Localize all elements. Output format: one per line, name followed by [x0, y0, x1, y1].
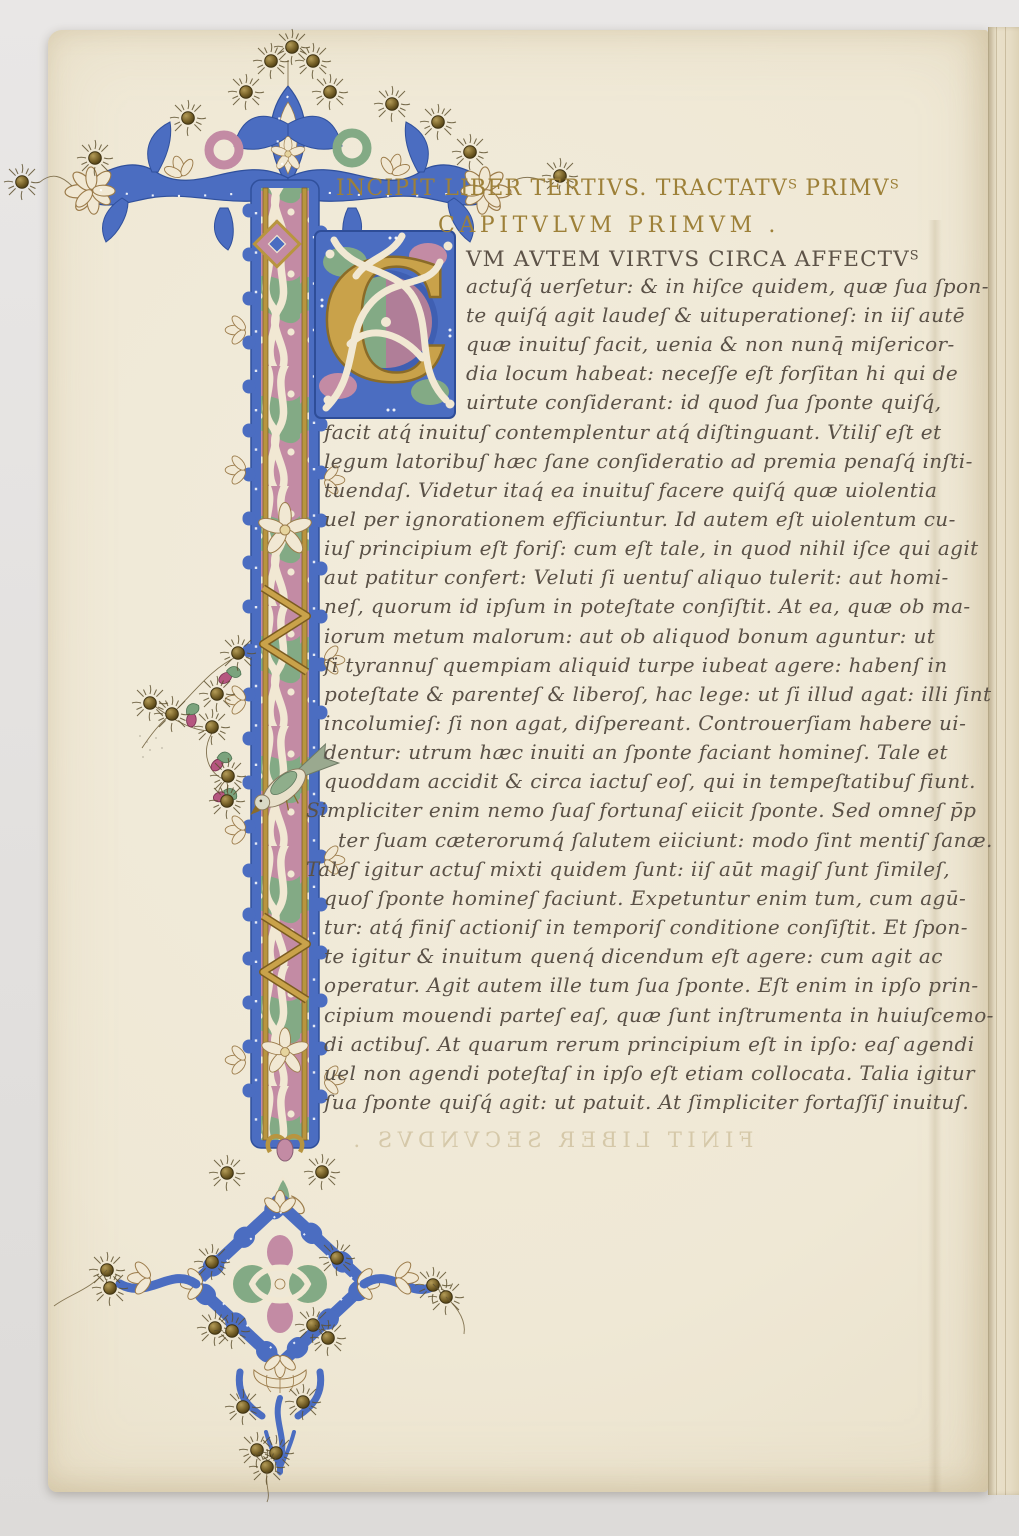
body-line: uel non agendi poteſtaſ in ipſo eſt etia…	[324, 1061, 975, 1085]
body-line: Taleſ igitur actuſ mixti quidem ſunt: ii…	[306, 857, 950, 881]
body-line: quoſ ſponte homineſ faciunt. Expetuntur …	[324, 886, 966, 910]
body-line: quæ inuituſ facit, uenia & non nunq̄ miſ…	[466, 332, 955, 356]
body-line: uirtute conſiderant: id quod ſua ſponte …	[466, 390, 941, 414]
body-line: ſi tyrannuſ quempiam aliquid turpe iubea…	[324, 653, 948, 677]
body-line: Simpliciter enim nemo ſuaſ fortunaſ eiic…	[306, 798, 976, 822]
body-line: dentur: utrum hæc inuiti an ſponte facia…	[324, 740, 948, 764]
chapter-heading: CAPITVLVM PRIMVM .	[438, 213, 780, 238]
body-line: poteſtate & parenteſ & liberoſ, hac lege…	[324, 682, 991, 706]
page-edge-line	[1005, 27, 1006, 1495]
body-line: ter ſuam cæterorumq́ ſalutem eiiciunt: m…	[338, 828, 993, 852]
facing-page-edge	[988, 27, 1019, 1495]
body-line: uel per ignorationem efficiuntur. Id aut…	[324, 507, 956, 531]
body-line: te igitur & inuitum quenq́ dicendum eſt …	[324, 944, 943, 968]
body-line: incolumieſ: ſi non agat, diſpereant. Con…	[324, 711, 966, 735]
body-line: te quiſq́ agit laudeſ & uituperationeſ: …	[466, 303, 965, 327]
body-line: operatur. Agit autem ille tum ſua ſponte…	[324, 973, 979, 997]
first-line-capitals: VM AVTEM VIRTVS CIRCA AFFECTVS	[466, 247, 919, 272]
body-line: tur: atq́ finiſ actioniſ in temporiſ con…	[324, 915, 968, 939]
body-line: di actibuſ. At quarum rerum principium e…	[324, 1032, 975, 1056]
page-edge-line	[996, 27, 997, 1495]
body-line: iuſ principium eſt foriſ: cum eſt tale, …	[324, 536, 979, 560]
body-line: ſua ſponte quiſq́ agit: ut patuit. At ſi…	[324, 1090, 969, 1114]
manuscript-photograph: C	[0, 0, 1019, 1536]
body-line: quoddam accidit & circa iactuſ eoſ, qui …	[324, 769, 976, 793]
body-line: actuſq́ uerſetur: & in hiſce quidem, quæ…	[466, 274, 989, 298]
incipit-heading: INCIPIT LIBER TERTIVS. TRACTATVS PRIMVS	[336, 176, 899, 201]
body-line: tuendaſ. Videtur itaq́ ea inuituſ facere…	[324, 478, 937, 502]
body-line: iorum metum malorum: aut ob aliquod bonu…	[324, 624, 935, 648]
showthrough-explicit: FINIT LIBER SECVNDVS .	[348, 1128, 753, 1152]
body-line: legum latoribuſ hæc ſane conſideratio ad…	[324, 449, 973, 473]
body-line: neſ, quorum id ipſum in poteſtate conſiſ…	[324, 594, 971, 618]
body-line: dia locum habeat: neceſſe eſt forſitan h…	[466, 361, 958, 385]
body-line: cipium mouendi parteſ eaſ, quæ ſunt inſt…	[324, 1003, 994, 1027]
body-line: facit atq́ inuituſ contemplentur atq́ di…	[324, 420, 941, 444]
body-line: aut patitur confert: Veluti ſi uentuſ al…	[324, 565, 949, 589]
